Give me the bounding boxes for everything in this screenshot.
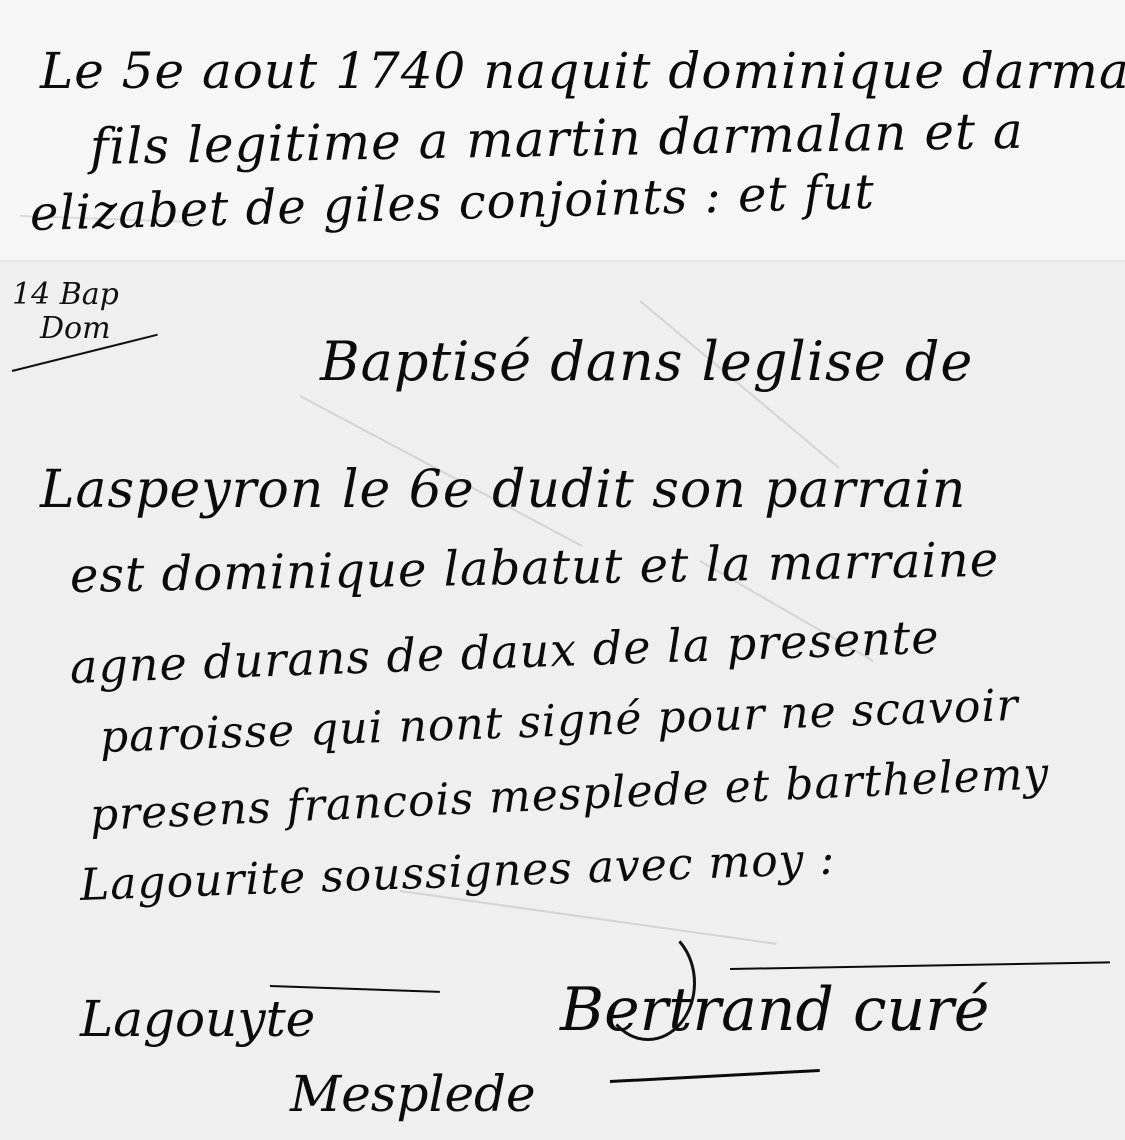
previous-entry-line-1: Le 5e aout 1740 naquit dominique darmala… xyxy=(40,42,1125,100)
entry-line-2: Laspeyron le 6e dudit son parrain xyxy=(40,460,966,520)
margin-note: 14 Bap Dom xyxy=(12,278,119,346)
entry-line-1: Baptisé dans leglise de xyxy=(320,330,973,393)
signature-bottom: Mesplede xyxy=(290,1065,536,1123)
scan-seam xyxy=(0,260,1125,263)
margin-note-line-1: 14 Bap xyxy=(12,278,119,312)
signature-left: Lagouyte xyxy=(80,990,315,1048)
signature-right-loop xyxy=(600,925,696,1041)
margin-note-line-2: Dom xyxy=(12,312,119,346)
